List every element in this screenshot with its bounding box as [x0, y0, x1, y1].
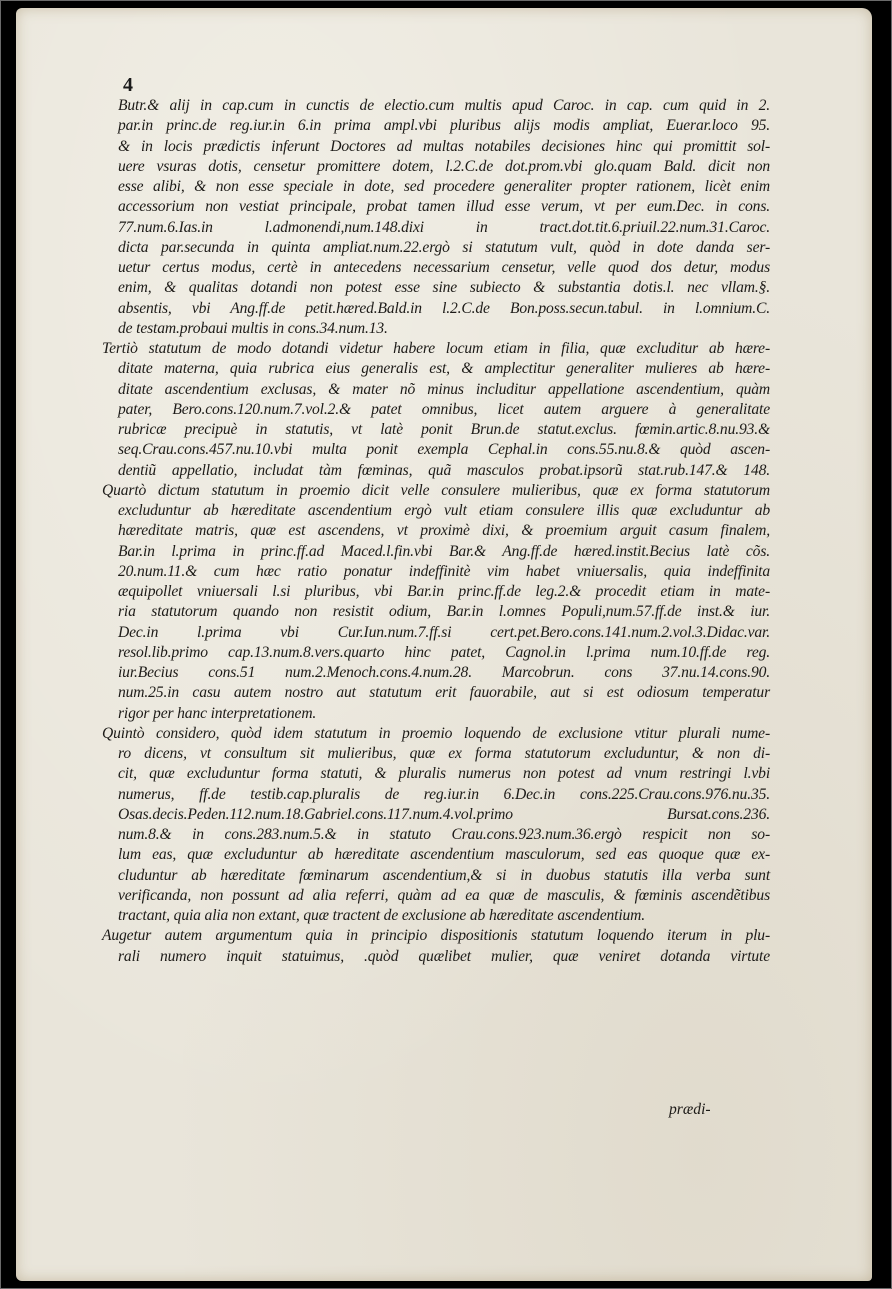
text-line: & in locis prædictis inferunt Doctores a… [118, 137, 770, 157]
text-line: excluduntur ab hæreditate ascendentium e… [118, 501, 770, 521]
text-line: Quintò considero, quòd idem statutum in … [102, 724, 770, 744]
text-line: cluduntur ab hæreditate fœminarum ascend… [118, 866, 770, 886]
text-line: hæreditate matris, quæ est ascendens, vt… [118, 521, 770, 541]
text-line: Quartò dictum statutum in proemio dicit … [102, 481, 770, 501]
text-line: rali numero inquit statuimus, .quòd quæl… [118, 947, 770, 967]
text-line: esse alibi, & non esse speciale in dote,… [118, 177, 770, 197]
text-line: 77.num.6.Ias.in l.admonendi,num.148.dixi… [118, 218, 770, 238]
text-line: iur.Becius cons.51 num.2.Menoch.cons.4.n… [118, 663, 770, 683]
text-line: enim, & qualitas dotandi non potest esse… [118, 278, 770, 298]
text-line: uere vsuras dotis, censetur promittere d… [118, 157, 770, 177]
page-body: Butr.& alij in cap.cum in cunctis de ele… [118, 96, 770, 967]
text-line: cit, quæ excluduntur forma statuti, & pl… [118, 764, 770, 784]
text-line: verificanda, non possunt ad alia referri… [118, 886, 770, 906]
text-line: seq.Crau.cons.457.nu.10.vbi multa ponit … [118, 440, 770, 460]
text-line: dentiũ appellatio, includat tàm fœminas,… [118, 461, 770, 481]
paragraph-quinto: Quintò considero, quòd idem statutum in … [118, 724, 770, 927]
text-line: æquipollet vniuersali l.si pluribus, vbi… [118, 582, 770, 602]
text-line: num.8.& in cons.283.num.5.& in statuto C… [118, 825, 770, 845]
text-line: tractant, quia alia non extant, quæ trac… [118, 906, 770, 926]
text-line: par.in princ.de reg.iur.in 6.in prima am… [118, 116, 770, 136]
text-line: dicta par.secunda in quinta ampliat.num.… [118, 238, 770, 258]
text-line: uetur certus modus, certè in antecedens … [118, 258, 770, 278]
paragraph-augetur: Augetur autem argumentum quia in princip… [118, 926, 770, 967]
text-line: lum eas, quæ excluduntur ab hæreditate a… [118, 845, 770, 865]
text-line: 20.num.11.& cum hæc ratio ponatur indeff… [118, 562, 770, 582]
text-line: rubricæ precipuè in statutis, vt latè po… [118, 420, 770, 440]
paragraph-quarto: Quartò dictum statutum in proemio dicit … [118, 481, 770, 724]
text-line: Dec.in l.prima vbi Cur.Iun.num.7.ff.si c… [118, 623, 770, 643]
text-line: de testam.probaui multis in cons.34.num.… [118, 319, 770, 339]
text-line: absentis, vbi Ang.ff.de petit.hæred.Bald… [118, 299, 770, 319]
text-line: Tertiò statutum de modo dotandi videtur … [102, 339, 770, 359]
text-line: rigor per hanc interpretationem. [118, 704, 770, 724]
text-line: accessorium non vestiat principale, prob… [118, 197, 770, 217]
paragraph-tertio: Tertiò statutum de modo dotandi videtur … [118, 339, 770, 481]
catchword: prædi- [669, 1101, 711, 1119]
text-line: resol.lib.primo cap.13.num.8.vers.quarto… [118, 643, 770, 663]
paragraph-1: Butr.& alij in cap.cum in cunctis de ele… [118, 96, 770, 339]
text-line: num.25.in casu autem nostro aut statutum… [118, 683, 770, 703]
text-line: ria statutorum quando non resistit odium… [118, 602, 770, 622]
text-line: Butr.& alij in cap.cum in cunctis de ele… [118, 96, 770, 116]
page-number: 4 [123, 74, 133, 97]
text-line: Augetur autem argumentum quia in princip… [102, 926, 770, 946]
text-line: ro dicens, vt consultum sit mulieribus, … [118, 744, 770, 764]
text-line: ditate ascendentium exclusas, & mater nõ… [118, 380, 770, 400]
text-line: Bar.in l.prima in princ.ff.ad Maced.l.fi… [118, 542, 770, 562]
text-line: ditate materna, quia rubrica eius genera… [118, 359, 770, 379]
text-line: numerus, ff.de testib.cap.pluralis de re… [118, 785, 770, 805]
text-line: Osas.decis.Peden.112.num.18.Gabriel.cons… [118, 805, 770, 825]
text-line: pater, Bero.cons.120.num.7.vol.2.& patet… [118, 400, 770, 420]
